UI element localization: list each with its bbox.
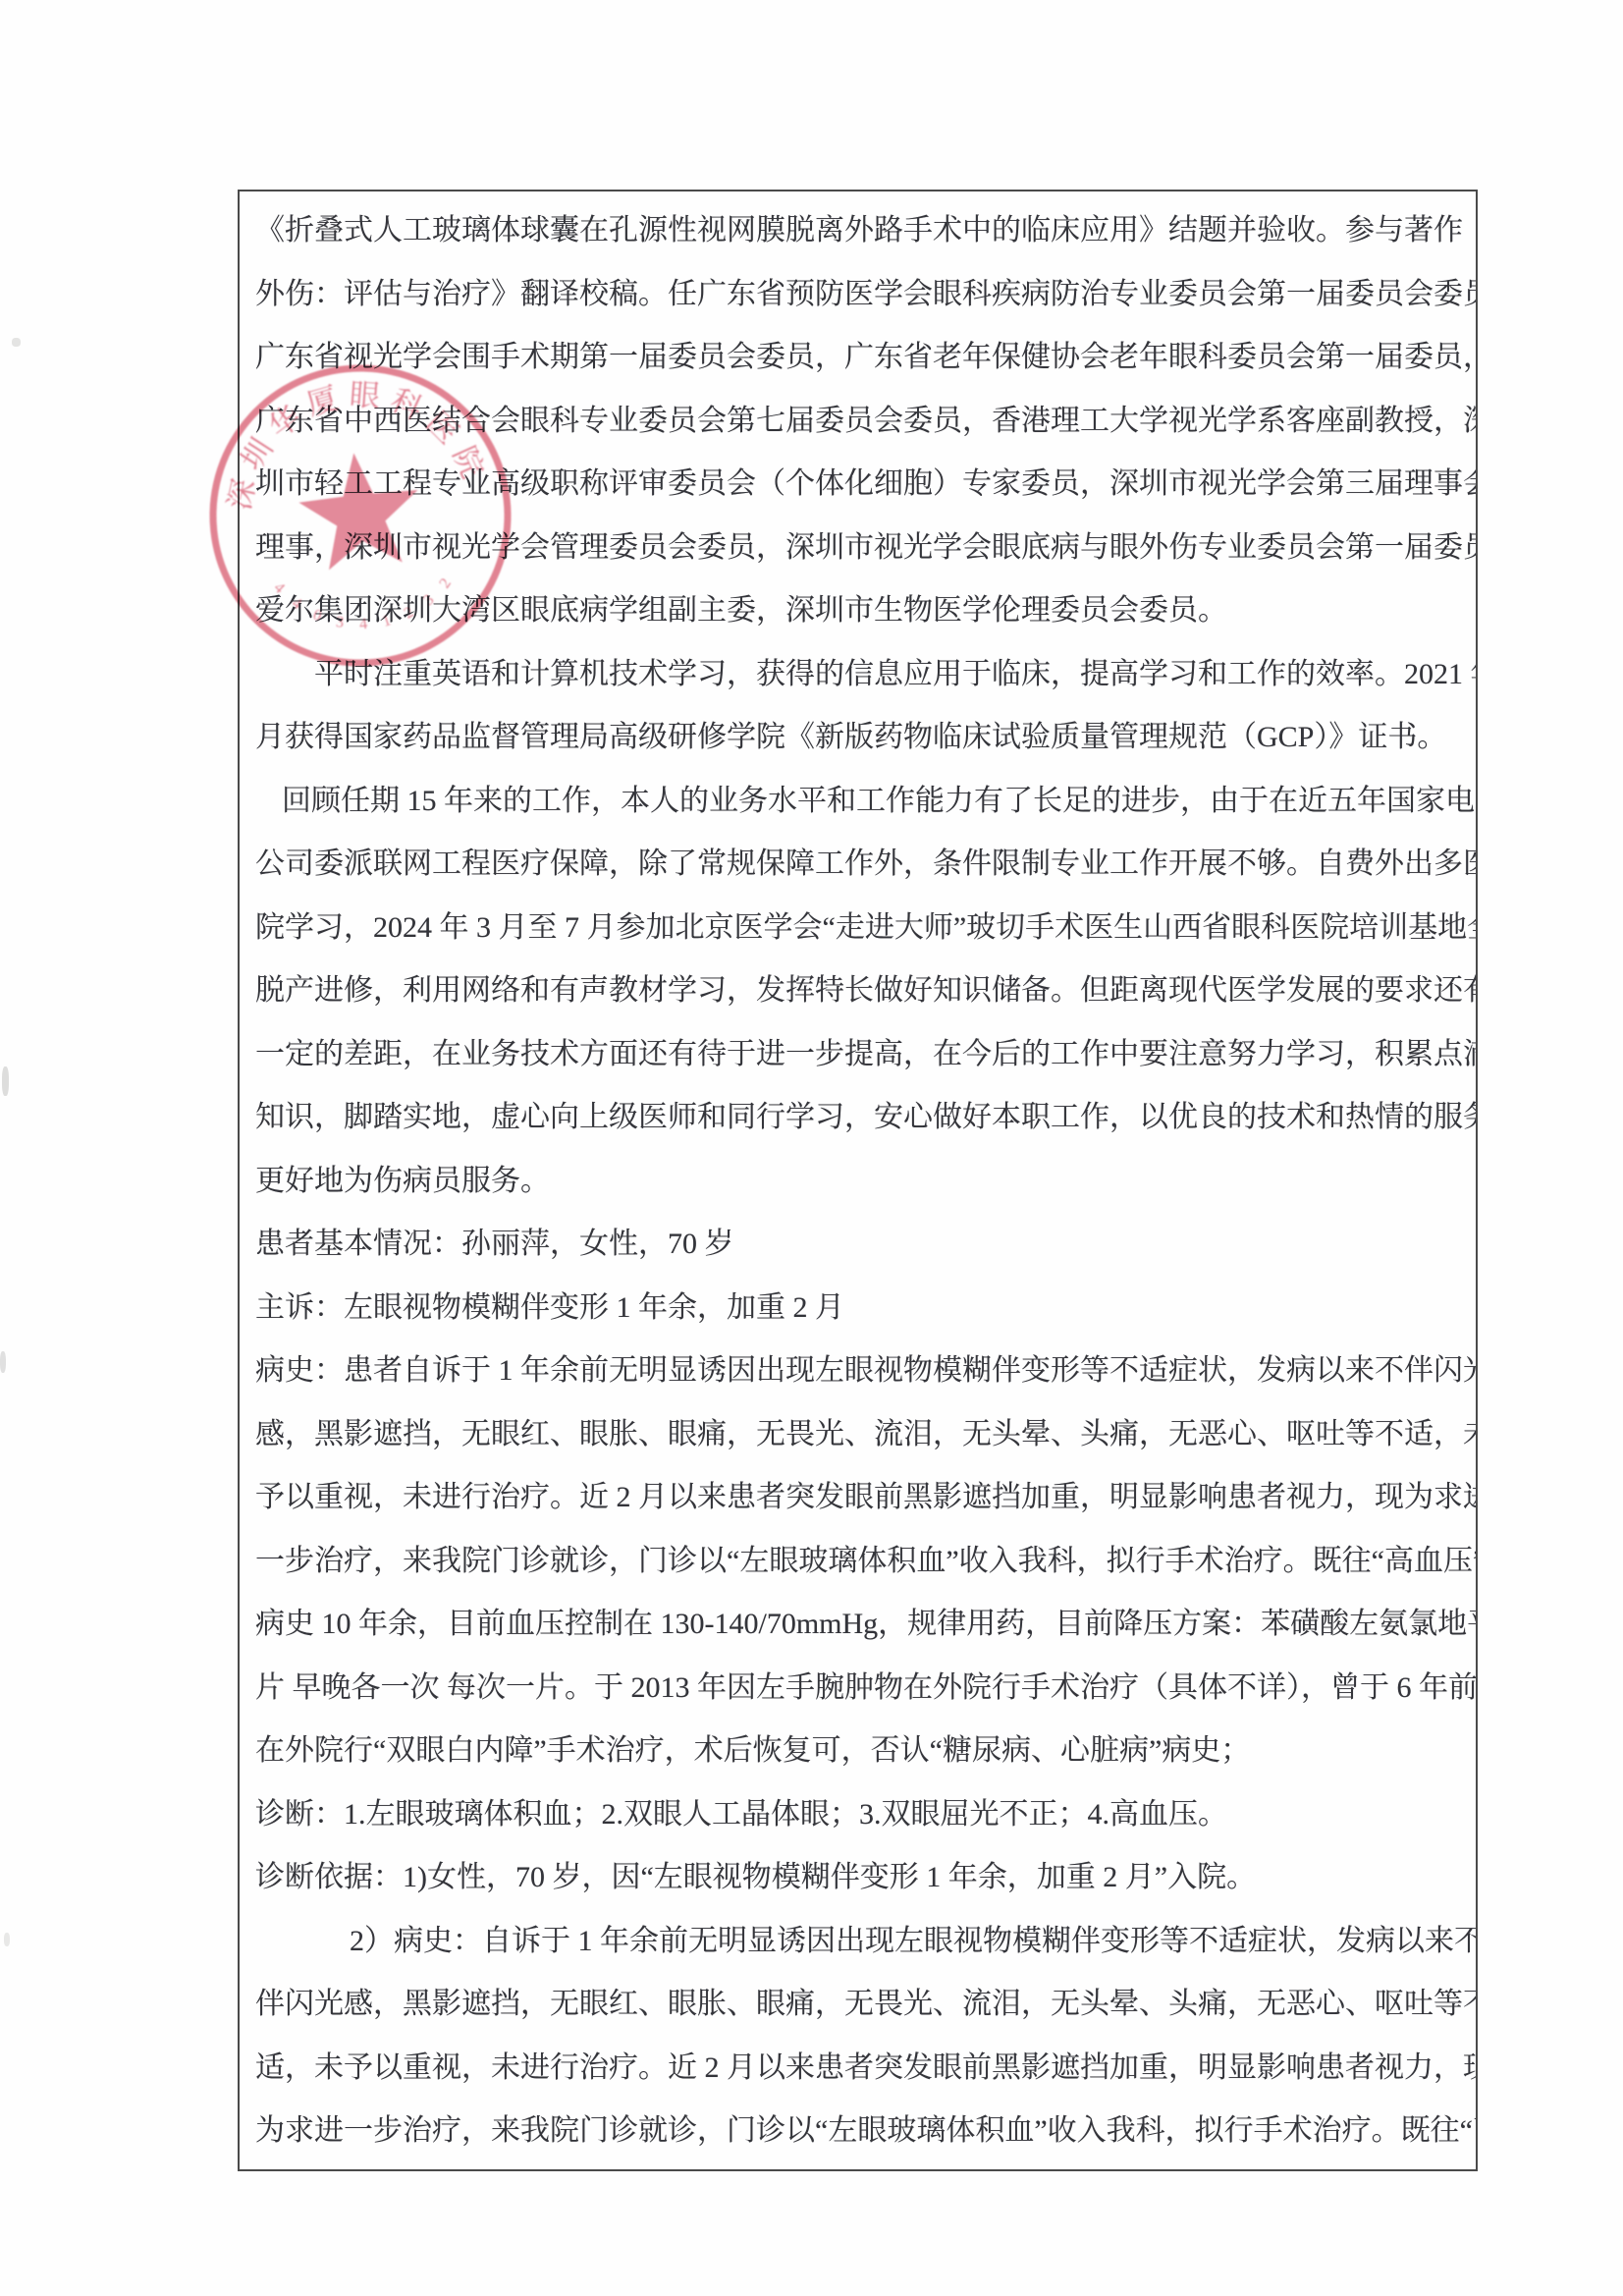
text-line: 院学习，2024 年 3 月至 7 月参加北京医学会“走进大师”玻切手术医生山西… xyxy=(255,897,1462,960)
text-line: 一步治疗，来我院门诊就诊，门诊以“左眼玻璃体积血”收入我科，拟行手术治疗。既往“… xyxy=(255,1530,1462,1594)
text-line: 伴闪光感，黑影遮挡，无眼红、眼胀、眼痛，无畏光、流泪，无头晕、头痛，无恶心、呕吐… xyxy=(255,1973,1462,2037)
text-line: 圳市轻工工程专业高级职称评审委员会（个体化细胞）专家委员，深圳市视光学会第三届理… xyxy=(255,453,1462,517)
text-line: 广东省中西医结合会眼科专业委员会第七届委员会委员，香港理工大学视光学系客座副教授… xyxy=(255,390,1462,454)
scan-artifact xyxy=(4,1933,10,1946)
scan-artifact xyxy=(12,338,21,347)
text-line: 适，未予以重视，未进行治疗。近 2 月以来患者突发眼前黑影遮挡加重，明显影响患者… xyxy=(255,2037,1462,2101)
text-line: 广东省视光学会围手术期第一届委员会委员，广东省老年保健协会老年眼科委员会第一届委… xyxy=(255,326,1462,390)
scan-artifact xyxy=(0,1351,6,1373)
text-line: 爱尔集团深圳大湾区眼底病学组副主委，深圳市生物医学伦理委员会委员。 xyxy=(255,579,1462,643)
text-line: 回顾任期 15 年来的工作，本人的业务水平和工作能力有了长足的进步，由于在近五年… xyxy=(255,770,1462,834)
scan-artifact xyxy=(2,1066,9,1096)
text-line: 感，黑影遮挡，无眼红、眼胀、眼痛，无畏光、流泪，无头晕、头痛，无恶心、呕吐等不适… xyxy=(255,1403,1462,1467)
text-line: 《折叠式人工玻璃体球囊在孔源性视网膜脱离外路手术中的临床应用》结题并验收。参与著… xyxy=(255,199,1462,263)
text-line: 病史 10 年余，目前血压控制在 130-140/70mmHg，规律用药，目前降… xyxy=(255,1593,1462,1657)
text-line: 理事，深圳市视光学会管理委员会委员，深圳市视光学会眼底病与眼外伤专业委员会第一届… xyxy=(255,517,1462,580)
text-line: 患者基本情况：孙丽萍，女性，70 岁 xyxy=(255,1213,1462,1277)
text-line: 在外院行“双眼白内障”手术治疗，术后恢复可，否认“糖尿病、心脏病”病史； xyxy=(255,1720,1462,1783)
text-line: 诊断：1.左眼玻璃体积血；2.双眼人工晶体眼；3.双眼屈光不正；4.高血压。 xyxy=(255,1783,1462,1847)
text-line: 诊断依据：1)女性，70 岁，因“左眼视物模糊伴变形 1 年余，加重 2 月”入… xyxy=(255,1846,1462,1910)
text-line: 平时注重英语和计算机技术学习，获得的信息应用于临床，提高学习和工作的效率。202… xyxy=(255,643,1462,707)
report-table-cell: 《折叠式人工玻璃体球囊在孔源性视网膜脱离外路手术中的临床应用》结题并验收。参与著… xyxy=(238,190,1478,2171)
text-line: 主诉：左眼视物模糊伴变形 1 年余，加重 2 月 xyxy=(255,1277,1462,1340)
text-line: 一定的差距，在业务技术方面还有待于进一步提高，在今后的工作中要注意努力学习，积累… xyxy=(255,1023,1462,1087)
text-line: 外伤：评估与治疗》翻译校稿。任广东省预防医学会眼科疾病防治专业委员会第一届委员会… xyxy=(255,263,1462,327)
text-line: 脱产进修，利用网络和有声教材学习，发挥特长做好知识储备。但距离现代医学发展的要求… xyxy=(255,959,1462,1023)
text-line: 更好地为伤病员服务。 xyxy=(255,1150,1462,1214)
text-line: 公司委派联网工程医疗保障，除了常规保障工作外，条件限制专业工作开展不够。自费外出… xyxy=(255,833,1462,897)
scanned-document-page: 《折叠式人工玻璃体球囊在孔源性视网膜脱离外路手术中的临床应用》结题并验收。参与著… xyxy=(0,0,1623,2296)
text-line: 月获得国家药品监督管理局高级研修学院《新版药物临床试验质量管理规范（GCP）》证… xyxy=(255,706,1462,770)
text-line: 为求进一步治疗，来我院门诊就诊，门诊以“左眼玻璃体积血”收入我科，拟行手术治疗。… xyxy=(255,2100,1462,2163)
text-line: 予以重视，未进行治疗。近 2 月以来患者突发眼前黑影遮挡加重，明显影响患者视力，… xyxy=(255,1466,1462,1530)
text-line: 病史：患者自诉于 1 年余前无明显诱因出现左眼视物模糊伴变形等不适症状，发病以来… xyxy=(255,1339,1462,1403)
text-line: 知识，脚踏实地，虚心向上级医师和同行学习，安心做好本职工作，以优良的技术和热情的… xyxy=(255,1086,1462,1150)
document-body: 《折叠式人工玻璃体球囊在孔源性视网膜脱离外路手术中的临床应用》结题并验收。参与著… xyxy=(255,199,1462,2163)
text-line: 2）病史：自诉于 1 年余前无明显诱因出现左眼视物模糊伴变形等不适症状，发病以来… xyxy=(255,1910,1462,1974)
text-line: 片 早晚各一次 每次一片。于 2013 年因左手腕肿物在外院行手术治疗（具体不详… xyxy=(255,1657,1462,1721)
